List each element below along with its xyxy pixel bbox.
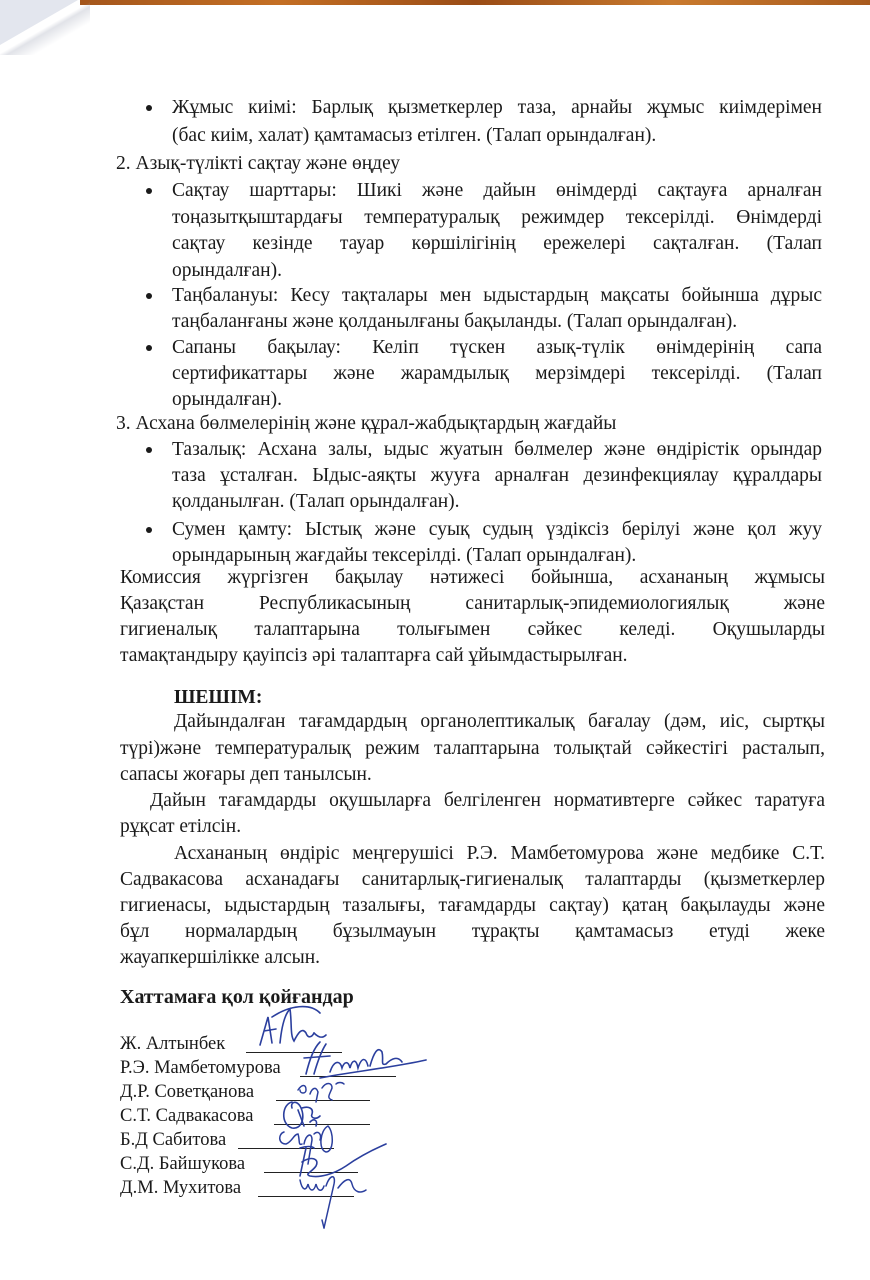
decision-p3-line-5: жауапкершілікке алсын. xyxy=(120,946,320,970)
labeling-line-1: Таңбалануы: Кесу тақталары мен ыдыстарды… xyxy=(172,284,822,308)
bullet-icon xyxy=(146,105,152,111)
labeling-line-2: таңбаланғаны және қолданылғаны бақыланды… xyxy=(172,310,737,334)
quality-line-2: сертификаттары және жарамдылық мерзімдер… xyxy=(172,362,822,386)
signer-name: С.Д. Байшукова xyxy=(120,1152,245,1176)
signer-name: Ж. Алтынбек xyxy=(120,1032,225,1056)
water-line-1: Сумен қамту: Ыстық және суық судың үздік… xyxy=(172,518,822,542)
signer-name: Д.М. Мухитова xyxy=(120,1176,241,1200)
handwritten-signature-mukhitova xyxy=(294,1170,374,1237)
bullet-icon xyxy=(146,447,152,453)
section-2-heading: 2. Азық-түлікті сақтау және өңдеу xyxy=(116,152,400,176)
decision-p1-line-1: Дайындалған тағамдардың органолептикалық… xyxy=(174,710,825,734)
water-line-2: орындарының жағдайы тексерілді. (Талап о… xyxy=(172,544,636,568)
signer-name: Р.Э. Мамбетомурова xyxy=(120,1056,281,1080)
cleanliness-line-1: Тазалық: Асхана залы, ыдыс жуатын бөлмел… xyxy=(172,438,822,462)
quality-line-1: Сапаны бақылау: Келіп түскен азық-түлік … xyxy=(172,336,822,360)
section-3-heading: 3. Асхана бөлмелерінің және құрал-жабдық… xyxy=(116,412,616,436)
conclusion-line-3: гигиеналық талаптарына толығымен сәйкес … xyxy=(120,618,825,642)
bullet-icon xyxy=(146,527,152,533)
storage-line-4: орындалған). xyxy=(172,259,282,283)
document-page: Жұмыс киімі: Барлық қызметкерлер таза, а… xyxy=(0,0,870,1280)
storage-line-2: тоңазытқыштардағы температуралық режимде… xyxy=(172,206,822,230)
decision-p1-line-3: сапасы жоғары деп танылсын. xyxy=(120,763,372,787)
bullet-icon xyxy=(146,188,152,194)
bullet-icon xyxy=(146,345,152,351)
storage-line-3: сақтау кезінде тауар көршілігінің ережел… xyxy=(172,232,822,256)
decision-p2-line-2: рұқсат етілсін. xyxy=(120,815,241,839)
decision-p3-line-1: Асхананың өндіріс меңгерушісі Р.Э. Мамбе… xyxy=(174,842,825,866)
cleanliness-line-3: қолданылған. (Талап орындалған). xyxy=(172,490,460,514)
decision-p3-line-4: бұл нормалардың бұзылмауын тұрақты қамта… xyxy=(120,920,825,944)
quality-line-3: орындалған). xyxy=(172,388,282,412)
decision-p1-line-2: түрі)және температуралық режим талаптары… xyxy=(120,737,825,761)
work-clothes-line-1: Жұмыс киімі: Барлық қызметкерлер таза, а… xyxy=(172,96,822,120)
conclusion-line-2: Қазақстан Республикасының санитарлық-эпи… xyxy=(120,592,825,616)
signer-name: С.Т. Садвакасова xyxy=(120,1104,253,1128)
signer-name: Д.Р. Советқанова xyxy=(120,1080,254,1104)
decision-p2-line-1: Дайын тағамдарды оқушыларға белгіленген … xyxy=(150,789,825,813)
conclusion-line-4: тамақтандыру қауіпсіз әрі талаптарға сай… xyxy=(120,644,628,668)
signer-name: Б.Д Сабитова xyxy=(120,1128,226,1152)
work-clothes-line-2: (бас киім, халат) қамтамасыз етілген. (Т… xyxy=(172,124,656,148)
decision-p3-line-2: Садвакасова асханадағы санитарлық-гигиен… xyxy=(120,868,825,892)
bullet-icon xyxy=(146,293,152,299)
decision-p3-line-3: гигиенасы, ыдыстардың тазалығы, тағамдар… xyxy=(120,894,825,918)
cleanliness-line-2: таза ұсталған. Ыдыс-аяқты жууға арналған… xyxy=(172,464,822,488)
storage-line-1: Сақтау шарттары: Шикі және дайын өнімдер… xyxy=(172,179,822,203)
decision-heading: ШЕШІМ: xyxy=(174,686,262,710)
conclusion-line-1: Комиссия жүргізген бақылау нәтижесі бойы… xyxy=(120,566,825,590)
